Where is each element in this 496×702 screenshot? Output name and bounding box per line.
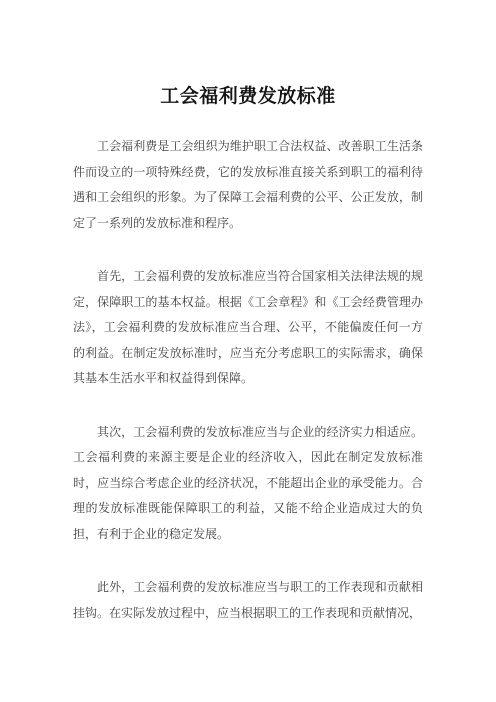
paragraph-intro: 工会福利费是工会组织为维护职工合法权益、改善职工生活条件而设立的一项特殊经费，它… [73, 134, 423, 236]
document-body: 工会福利费是工会组织为维护职工合法权益、改善职工生活条件而设立的一项特殊经费，它… [73, 134, 423, 626]
document-page: 工会福利费发放标准 工会福利费是工会组织为维护职工合法权益、改善职工生活条件而设… [0, 0, 496, 702]
document-title: 工会福利费发放标准 [0, 84, 496, 110]
paragraph-third-point-truncated: 此外，工会福利费的发放标准应当与职工的工作表现和贡献相挂钩。在实际发放过程中，应… [73, 575, 423, 626]
paragraph-second-point: 其次，工会福利费的发放标准应当与企业的经济实力相适应。工会福利费的来源主要是企业… [73, 420, 423, 548]
paragraph-first-point: 首先，工会福利费的发放标准应当符合国家相关法律法规的规定，保障职工的基本权益。根… [73, 264, 423, 392]
